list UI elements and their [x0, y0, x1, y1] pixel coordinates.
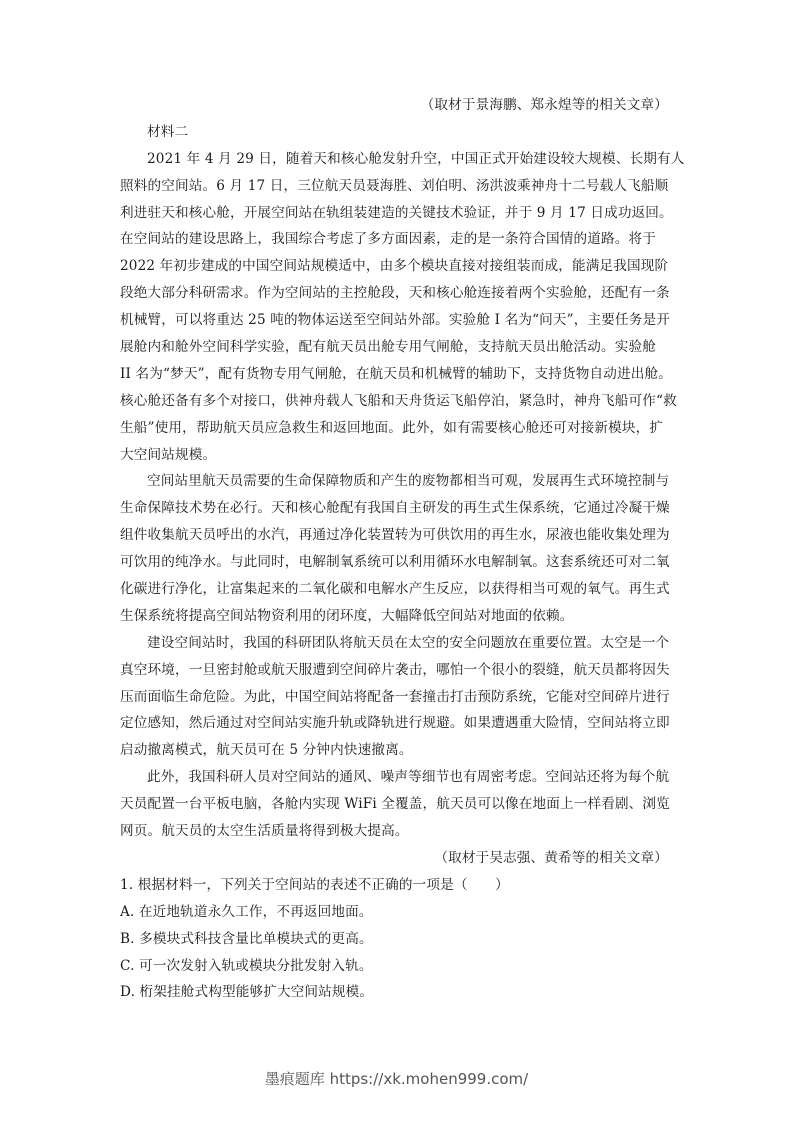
paragraph-line: 2022 年初步建成的中国空间站规模适中，由多个模块直接对接组装而成，能满足我国…	[120, 253, 676, 280]
option-d[interactable]: D. 桁架挂舱式构型能够扩大空间站规模。	[120, 979, 676, 1006]
paragraph-line: 网页。航天员的太空生活质量将得到极大提高。	[120, 818, 676, 845]
paragraph-line: 机械臂，可以将重达 25 吨的物体运送至空间站外部。实验舱 I 名为“问天”，主…	[120, 307, 676, 334]
paragraph-line: 启动撤离模式，航天员可在 5 分钟内快速撤离。	[120, 737, 676, 764]
paragraph-line: 空间站里航天员需要的生命保障物质和产生的废物都相当可观，发展再生式环境控制与	[120, 468, 676, 495]
paragraph-line: 此外，我国科研人员对空间站的通风、噪声等细节也有周密考虑。空间站还将为每个航	[120, 764, 676, 791]
question-stem: 1. 根据材料一，下列关于空间站的表述不正确的一项是（ ）	[120, 872, 676, 899]
paragraph-line: 展舱内和舱外空间科学实验，配有航天员出舱专用气闸舱，支持航天员出舱活动。实验舱	[120, 334, 676, 361]
paragraph-line: 2021 年 4 月 29 日，随着天和核心舱发射升空，中国正式开始建设较大规模…	[120, 146, 676, 173]
paragraph-2: 空间站里航天员需要的生命保障物质和产生的废物都相当可观，发展再生式环境控制与 生…	[120, 468, 676, 629]
paragraph-line: 天员配置一台平板电脑，各舱内实现 WiFi 全覆盖，航天员可以像在地面上一样看剧…	[120, 791, 676, 818]
source-citation-2: （取材于吴志强、黄希等的相关文章）	[120, 845, 676, 872]
source-citation-1: （取材于景海鹏、郑永煌等的相关文章）	[120, 92, 676, 119]
paragraph-line: 可饮用的纯净水。与此同时，电解制氧系统可以利用循环水电解制氧。这套系统还可对二氧	[120, 549, 676, 576]
paragraph-line: 生保系统将提高空间站物资利用的闭环度，大幅降低空间站对地面的依赖。	[120, 603, 676, 630]
option-a[interactable]: A. 在近地轨道永久工作，不再返回地面。	[120, 899, 676, 926]
paragraph-line: 生船”使用，帮助航天员应急救生和返回地面。此外，如有需要核心舱还可对接新模块，扩	[120, 415, 676, 442]
paragraph-line: 照料的空间站。6 月 17 日，三位航天员聂海胜、刘伯明、汤洪波乘神舟十二号载人…	[120, 173, 676, 200]
paragraph-line: 利进驻天和核心舱，开展空间站在轨组装建造的关键技术验证，并于 9 月 17 日成…	[120, 200, 676, 227]
paragraph-line: 定位感知，然后通过对空间站实施升轨或降轨进行规避。如果遭遇重大险情，空间站将立即	[120, 710, 676, 737]
watermark-footer: 墨痕题库 https://xk.mohen999.com/	[0, 1068, 793, 1089]
option-b[interactable]: B. 多模块式科技含量比单模块式的更高。	[120, 926, 676, 953]
paragraph-line: 大空间站规模。	[120, 442, 676, 469]
paragraph-line: 建设空间站时，我国的科研团队将航天员在太空的安全问题放在重要位置。太空是一个	[120, 630, 676, 657]
paragraph-line: 核心舱还备有多个对接口，供神舟载人飞船和天舟货运飞船停泊，紧急时，神舟飞船可作“…	[120, 388, 676, 415]
paragraph-1: 2021 年 4 月 29 日，随着天和核心舱发射升空，中国正式开始建设较大规模…	[120, 146, 676, 469]
material-2-title: 材料二	[120, 119, 676, 146]
paragraph-line: 在空间站的建设思路上，我国综合考虑了多方面因素，走的是一条符合国情的道路。将于	[120, 226, 676, 253]
paragraph-line: 组件收集航天员呼出的水汽，再通过净化装置转为可供饮用的再生水，尿液也能收集处理为	[120, 522, 676, 549]
document-page: （取材于景海鹏、郑永煌等的相关文章） 材料二 2021 年 4 月 29 日，随…	[120, 92, 676, 1006]
paragraph-line: 化碳进行净化，让富集起来的二氧化碳和电解水产生反应，以获得相当可观的氧气。再生式	[120, 576, 676, 603]
paragraph-line: II 名为“梦天”，配有货物专用气闸舱，在航天员和机械臂的辅助下，支持货物自动进…	[120, 361, 676, 388]
option-c[interactable]: C. 可一次发射入轨或模块分批发射入轨。	[120, 953, 676, 980]
paragraph-line: 压而面临生命危险。为此，中国空间站将配备一套撞击打击预防系统，它能对空间碎片进行	[120, 684, 676, 711]
paragraph-line: 生命保障技术势在必行。天和核心舱配有我国自主研发的再生式生保系统，它通过冷凝干燥	[120, 495, 676, 522]
paragraph-3: 建设空间站时，我国的科研团队将航天员在太空的安全问题放在重要位置。太空是一个 真…	[120, 630, 676, 764]
paragraph-line: 真空环境，一旦密封舱或航天服遭到空间碎片袭击，哪怕一个很小的裂缝，航天员都将因失	[120, 657, 676, 684]
paragraph-4: 此外，我国科研人员对空间站的通风、噪声等细节也有周密考虑。空间站还将为每个航 天…	[120, 764, 676, 845]
question-1: 1. 根据材料一，下列关于空间站的表述不正确的一项是（ ） A. 在近地轨道永久…	[120, 872, 676, 1006]
paragraph-line: 段绝大部分科研需求。作为空间站的主控舱段，天和核心舱连接着两个实验舱，还配有一条	[120, 280, 676, 307]
